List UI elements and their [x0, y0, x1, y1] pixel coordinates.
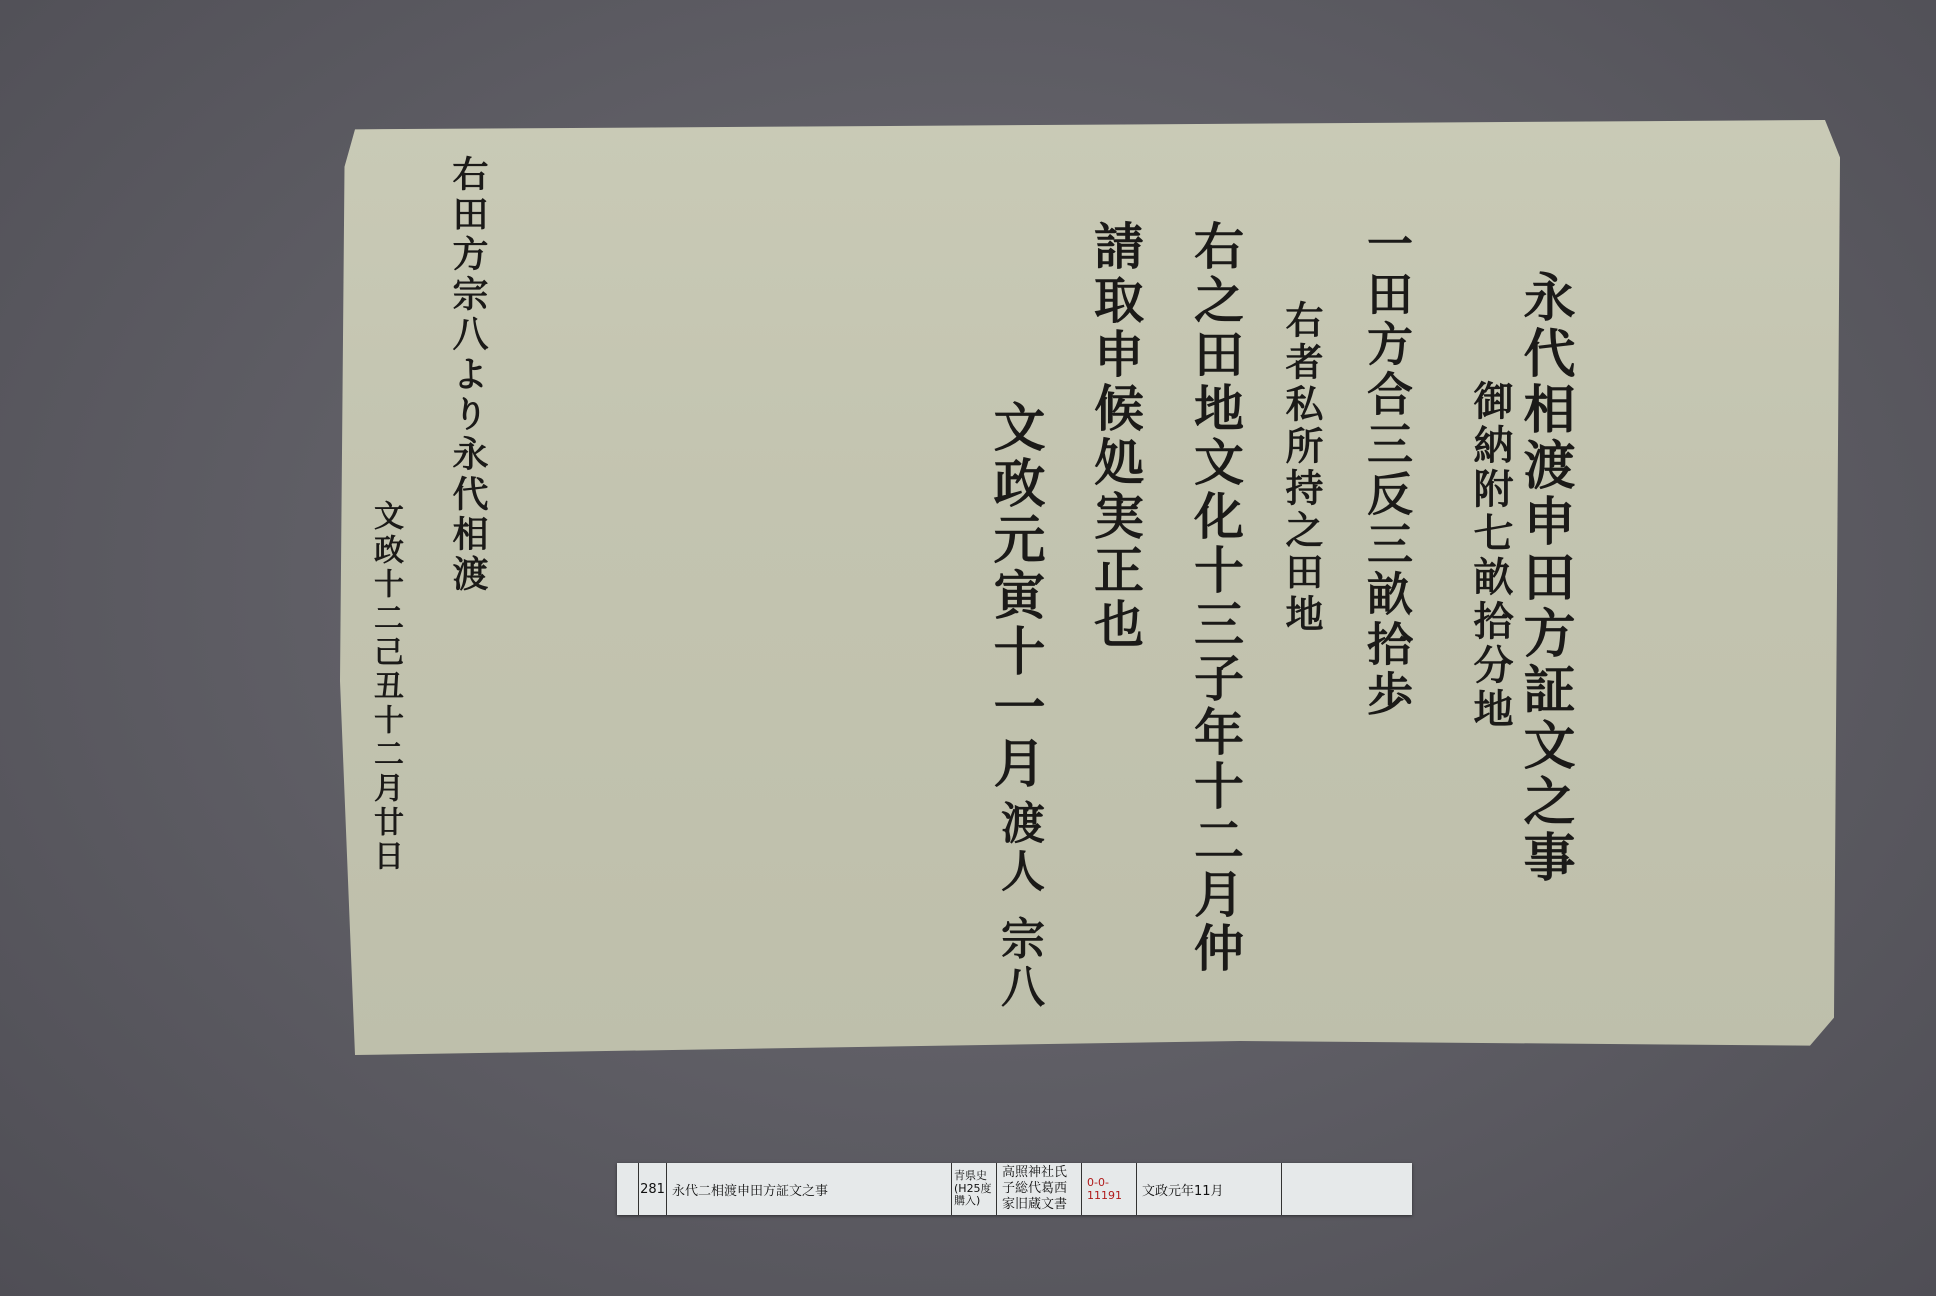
doc-column: 永代相渡申田方証文之事: [1518, 270, 1570, 886]
doc-column: 右田方宗八より永代相渡: [450, 155, 486, 595]
label-date: 文政元年11月: [1137, 1163, 1282, 1215]
label-source: 青県史(H25度購入): [952, 1163, 997, 1215]
doc-column: 請取申候処実正也: [1090, 220, 1140, 652]
label-collection: 高照神社氏子総代葛西家旧蔵文書: [997, 1163, 1082, 1215]
doc-column: 文政元寅十一月: [988, 400, 1040, 792]
label-end: [1282, 1163, 1412, 1215]
document-paper: 永代相渡申田方証文之事 御納附七畝拾分地 一田方合三反三畝拾歩 右者私所持之田地…: [340, 120, 1840, 1055]
label-number: 281: [639, 1163, 667, 1215]
label-title: 永代二相渡申田方証文之事: [667, 1163, 952, 1215]
doc-column: 右者私所持之田地: [1282, 300, 1320, 636]
doc-column: 右之田地文化十三子年十二月仲: [1190, 220, 1240, 976]
label-margin: [617, 1163, 639, 1215]
doc-column: 一田方合三反三畝拾歩: [1364, 220, 1410, 720]
doc-column: 御納附七畝拾分地: [1470, 380, 1510, 732]
doc-column: 渡人 宗八: [996, 800, 1040, 1011]
label-id: 0-0-11191: [1082, 1163, 1137, 1215]
catalog-label: 281 永代二相渡申田方証文之事 青県史(H25度購入) 高照神社氏子総代葛西家…: [617, 1163, 1412, 1215]
doc-column: 文政十二己丑十二月廿日: [370, 500, 400, 874]
